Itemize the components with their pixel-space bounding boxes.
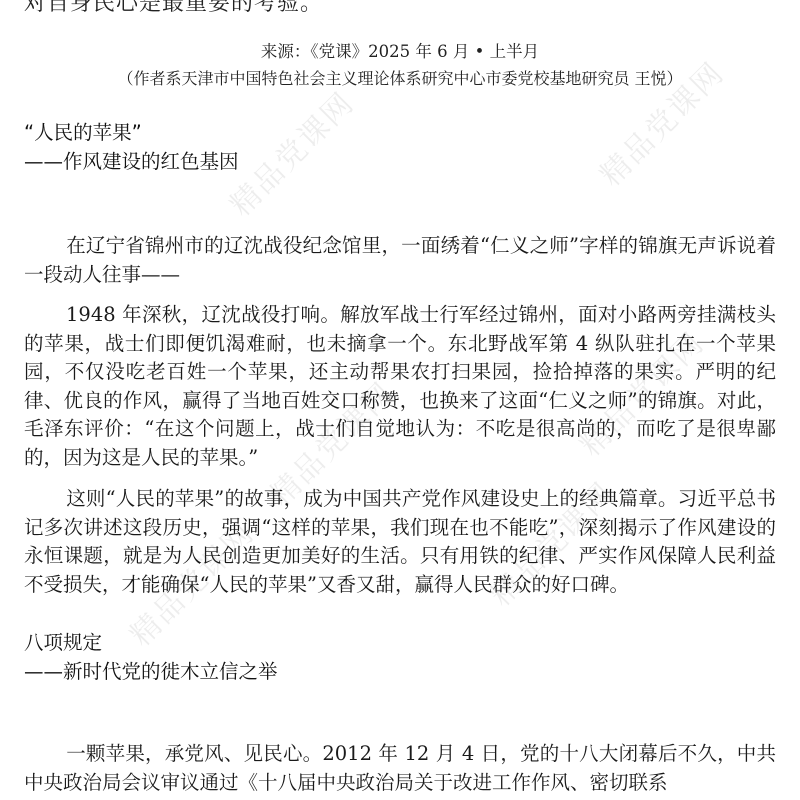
paragraph-text: 在辽宁省锦州市的辽沈战役纪念馆里，一面绣着“仁义之师”字样的锦旗无声诉说着一段动… <box>24 234 776 286</box>
document-page: 精品党课网 精品党课网 精品党课网 精品党课网 精品党课网 精品党课网 对自身民… <box>0 0 800 800</box>
paragraph-text: 1948 年深秋，辽沈战役打响。解放军战士行军经过锦州，面对小路两旁挂满枝头的苹… <box>24 303 776 469</box>
paragraph: 一颗苹果，承党风、见民心。2012 年 12 月 4 日，党的十八大闭幕后不久，… <box>24 740 776 797</box>
source-citation: 来源：《党课》2025 年 6 月 • 上半月 <box>0 38 800 62</box>
paragraph: 1948 年深秋，辽沈战役打响。解放军战士行军经过锦州，面对小路两旁挂满枝头的苹… <box>24 301 776 472</box>
paragraph: 在辽宁省锦州市的辽沈战役纪念馆里，一面绣着“仁义之师”字样的锦旗无声诉说着一段动… <box>24 232 776 289</box>
paragraph-text: 这则“人民的苹果”的故事，成为中国共产党作风建设史上的经典篇章。习近平总书记多次… <box>24 487 776 596</box>
section-title: 八项规定 <box>24 627 102 655</box>
paragraph-text: 一颗苹果，承党风、见民心。2012 年 12 月 4 日，党的十八大闭幕后不久，… <box>24 742 776 794</box>
cut-off-text-line: 对自身民心是最重要的考验。 <box>24 0 323 17</box>
section-subtitle: ——新时代党的徙木立信之举 <box>24 656 278 684</box>
section-title: “人民的苹果” <box>24 117 142 145</box>
section-subtitle: ——作风建设的红色基因 <box>24 146 239 174</box>
watermark: 精品党课网 <box>218 80 362 224</box>
paragraph: 这则“人民的苹果”的故事，成为中国共产党作风建设史上的经典篇章。习近平总书记多次… <box>24 485 776 599</box>
author-note: （作者系天津市中国特色社会主义理论体系研究中心市委党校基地研究员 王悦） <box>0 66 800 89</box>
